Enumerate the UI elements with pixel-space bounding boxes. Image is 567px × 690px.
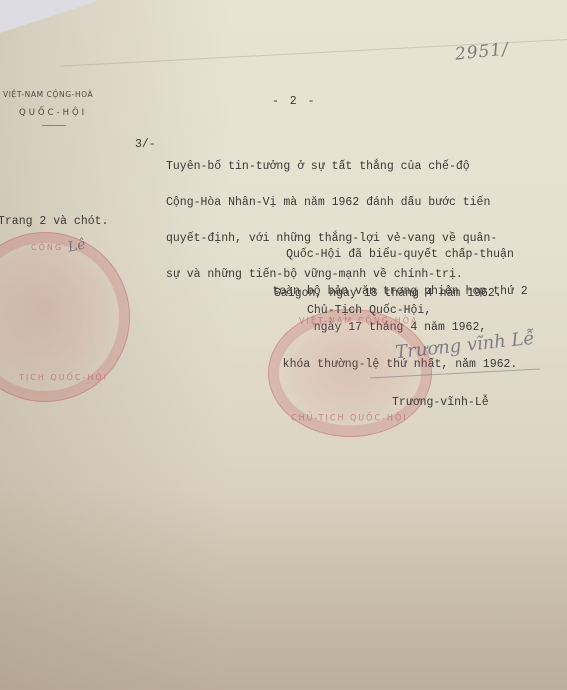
official-seal-right: VIỆT-NAM CỘNG-HÒA CHỦ-TỊCH QUỐC-HỘI xyxy=(268,309,432,437)
item-line: Cộng-Hòa Nhân-Vị mà năm 1962 đánh dấu bư… xyxy=(166,197,497,209)
page-number: - 2 - xyxy=(272,96,317,108)
signer-title: Chủ-Tịch Quốc-Hội, xyxy=(307,305,431,317)
seal-bottom-text: TỊCH QUỐC-HỘI xyxy=(19,373,108,382)
continuation-note: Trang 2 và chót. xyxy=(0,216,108,228)
seal-top-text: CỘNG xyxy=(31,243,63,252)
letterhead-country: VIỆT-NAM CỘNG-HOÀ xyxy=(3,90,93,99)
place-date: Saigon, ngày 18 tháng 4 năm 1962. xyxy=(274,288,502,300)
resolution-line: Quốc-Hội đã biểu-quyết chấp-thuận xyxy=(235,249,565,262)
item-line: Tuyên-bố tin-tưởng ở sự tất thắng của ch… xyxy=(166,161,497,173)
seal-top-text: VIỆT-NAM CỘNG-HÒA xyxy=(299,316,418,325)
paper-shadow-bottom xyxy=(0,490,567,690)
signer-name: Trương-vĩnh-Lễ xyxy=(392,397,489,409)
seal-bottom-text: CHỦ-TỊCH QUỐC-HỘI xyxy=(291,413,408,422)
handwritten-reference-number: 2951/ xyxy=(454,39,510,65)
background-corner xyxy=(0,0,97,36)
official-seal-left: CỘNG TỊCH QUỐC-HỘI xyxy=(0,232,130,402)
letterhead-underline xyxy=(42,125,66,126)
letterhead-organization: QUỐC-HỘI xyxy=(19,108,87,118)
item-marker: 3/- xyxy=(135,139,156,151)
